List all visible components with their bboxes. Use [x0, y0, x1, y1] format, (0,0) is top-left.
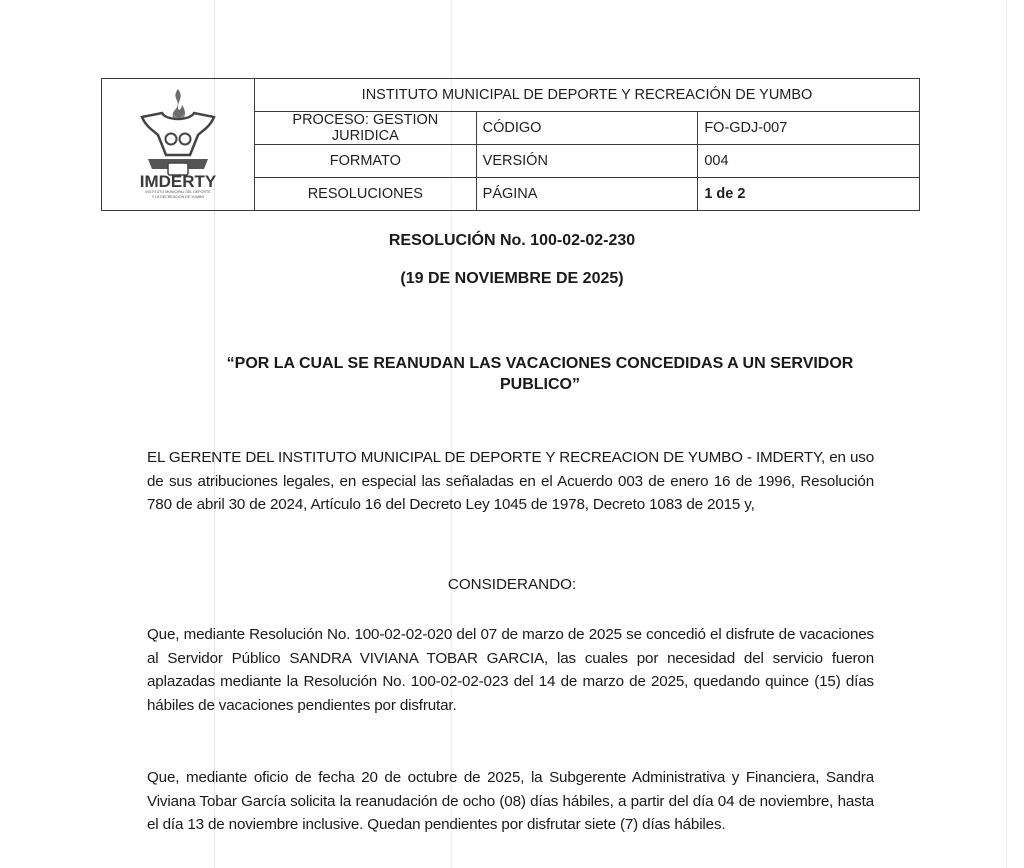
institution-name: INSTITUTO MUNICIPAL DE DEPORTE Y RECREAC… [255, 79, 920, 112]
imderty-logo-icon: IMDERTY INSTITUTO MUNICIPAL DEL DEPORTE … [118, 83, 238, 203]
logo-cell: IMDERTY INSTITUTO MUNICIPAL DEL DEPORTE … [102, 79, 255, 211]
svg-text:Y LA RECREACIÓN DE YUMBO: Y LA RECREACIÓN DE YUMBO [152, 194, 205, 199]
svg-text:IMDERTY: IMDERTY [140, 172, 217, 191]
format-cell: FORMATO [255, 145, 477, 178]
svg-text:INSTITUTO MUNICIPAL DEL DEPORT: INSTITUTO MUNICIPAL DEL DEPORTE [145, 190, 211, 194]
resolution-date: (19 DE NOVIEMBRE DE 2025) [0, 270, 1024, 288]
page-value: 1 de 2 [698, 178, 920, 211]
code-value: FO-GDJ-007 [698, 112, 920, 145]
resolution-subject: “POR LA CUAL SE REANUDAN LAS VACACIONES … [220, 353, 860, 395]
document-type-cell: RESOLUCIONES [255, 178, 477, 211]
resolution-number: RESOLUCIÓN No. 100-02-02-230 [0, 232, 1024, 250]
code-label: CÓDIGO [476, 112, 698, 145]
considerando-heading: CONSIDERANDO: [0, 576, 1024, 593]
document-header-table: IMDERTY INSTITUTO MUNICIPAL DEL DEPORTE … [101, 78, 920, 211]
process-cell: PROCESO: GESTION JURIDICA [255, 112, 477, 145]
version-label: VERSIÓN [476, 145, 698, 178]
considerando-paragraph: Que, mediante Resolución No. 100-02-02-0… [147, 623, 874, 717]
scan-fold-line [1006, 0, 1007, 868]
page-label: PÁGINA [476, 178, 698, 211]
considerando-paragraph: Que, mediante oficio de fecha 20 de octu… [147, 766, 874, 837]
intro-paragraph: EL GERENTE DEL INSTITUTO MUNICIPAL DE DE… [147, 446, 874, 517]
version-value: 004 [698, 145, 920, 178]
